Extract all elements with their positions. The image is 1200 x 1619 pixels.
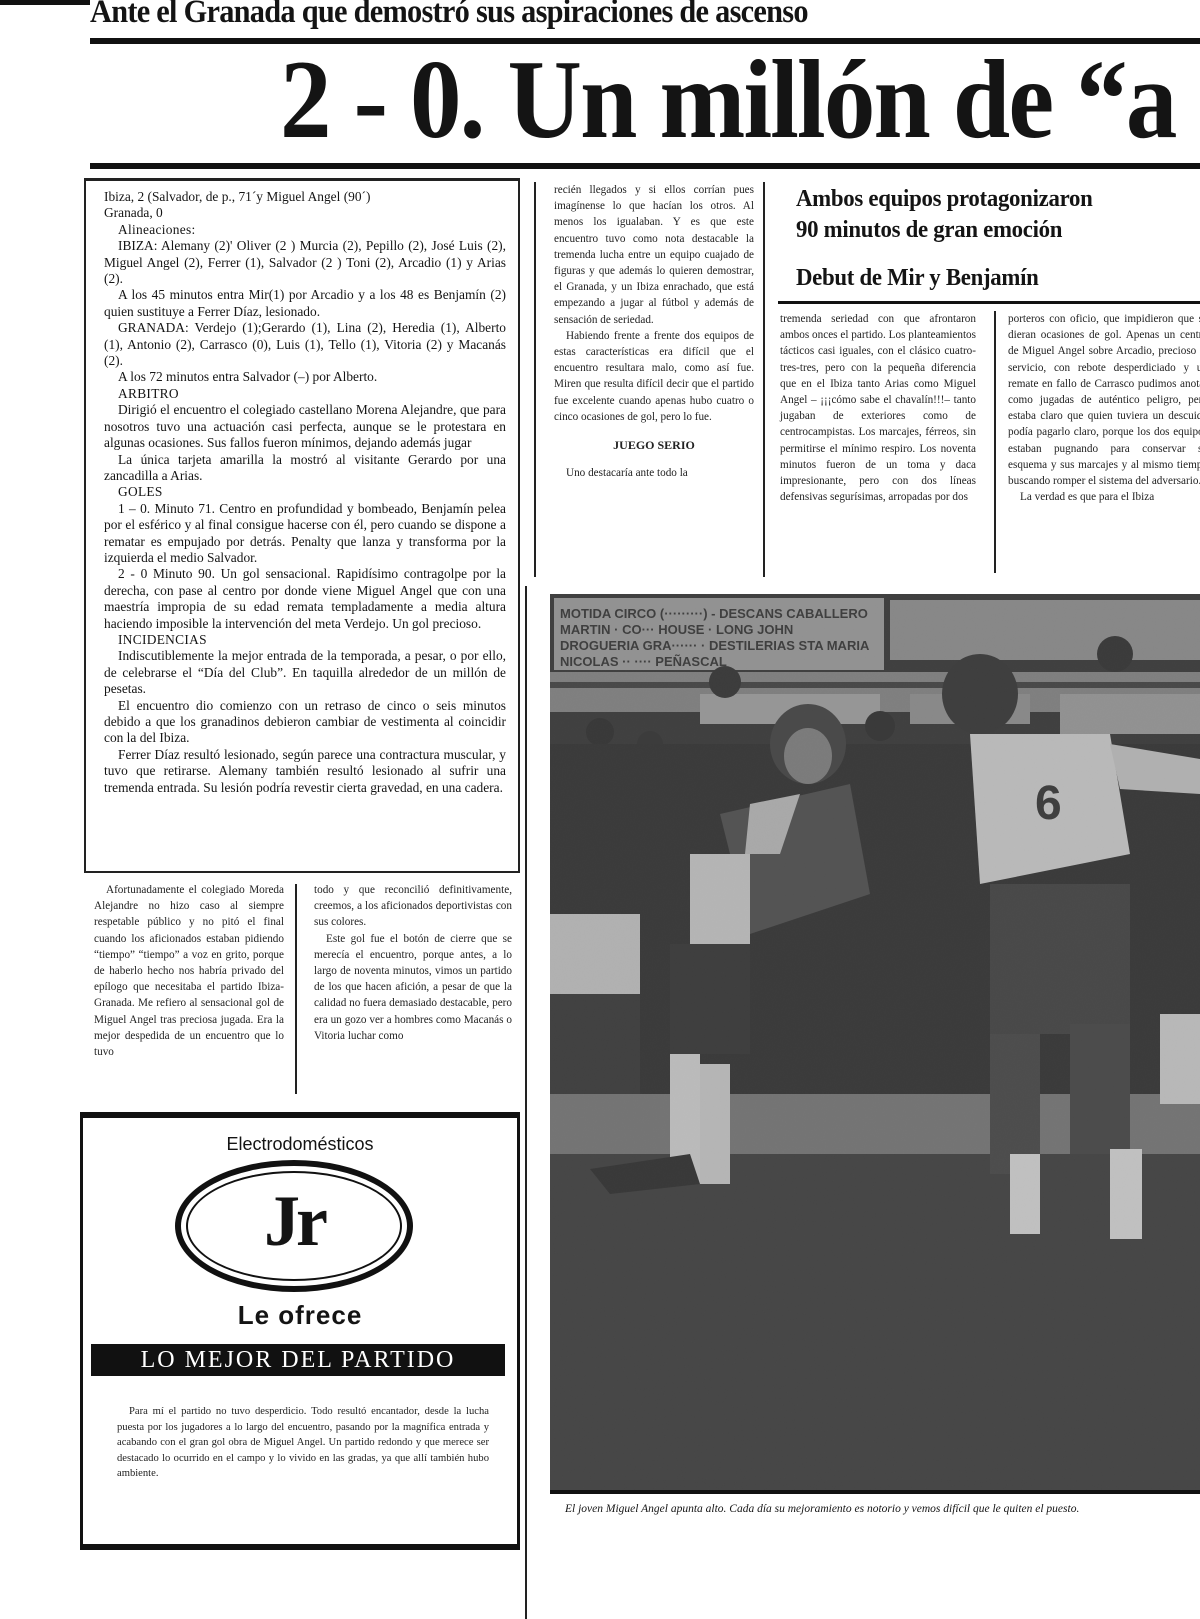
match-summary-line: Granada, 0 xyxy=(104,205,506,221)
section-label: Alineaciones: xyxy=(104,222,506,238)
ad-body-text: Para mí el partido no tuvo desperdicio. … xyxy=(117,1404,489,1482)
header-rule-bottom xyxy=(90,163,1200,169)
top-edge-rule xyxy=(0,0,90,5)
right-block-rule xyxy=(778,301,1200,304)
ad-logo-oval: Jr xyxy=(175,1160,413,1292)
lower-left-column: Afortunadamente el colegiado Moreda Alej… xyxy=(94,882,284,1060)
match-summary-text: Ibiza, 2 (Salvador, de p., 71´y Miguel A… xyxy=(86,181,518,796)
section-label: ARBITRO xyxy=(104,386,506,402)
match-summary-line: La única tarjeta amarilla la mostró al v… xyxy=(104,452,506,485)
section-label: GOLES xyxy=(104,484,506,500)
main-headline: 2 - 0. Un millón de “a xyxy=(280,44,1176,156)
right-column-2: porteros con oficio, que impidieron que … xyxy=(1008,311,1200,505)
ad-logo-jr: Jr xyxy=(181,1180,407,1263)
middle-paragraph-2: Habiendo frente a frente dos equipos de … xyxy=(554,328,754,425)
match-summary-line: A los 72 minutos entra Salvador (–) por … xyxy=(104,369,506,385)
lower-right-column: todo y que reconcilió definitivamente, c… xyxy=(314,882,512,1044)
match-summary-line: Indiscutiblemente la mejor entrada de la… xyxy=(104,648,506,697)
advertisement: Electrodomésticos Jr Le ofrece LO MEJOR … xyxy=(80,1112,520,1550)
right-column-1: tremenda seriedad con que afrontaron amb… xyxy=(780,311,976,505)
right-col1-paragraph: tremenda seriedad con que afrontaron amb… xyxy=(780,311,976,505)
middle-column: recién llegados y si ellos corrían pues … xyxy=(554,182,754,481)
ad-banner: LO MEJOR DEL PARTIDO xyxy=(91,1344,505,1376)
ad-body: Para mí el partido no tuvo desperdicio. … xyxy=(117,1404,489,1482)
lower-right-paragraph-1: todo y que reconcilió definitivamente, c… xyxy=(314,882,512,931)
column-divider xyxy=(534,182,536,577)
column-divider xyxy=(763,182,765,577)
middle-subheading: JUEGO SERIO xyxy=(554,437,754,453)
match-summary-line: A los 45 minutos entra Mir(1) por Arcadi… xyxy=(104,287,506,320)
ad-offer-text: Le ofrece xyxy=(83,1300,517,1331)
lower-right-paragraph-2: Este gol fue el botón de cierre que se m… xyxy=(314,931,512,1044)
match-summary-line: Dirigió el encuentro el colegiado castel… xyxy=(104,402,506,451)
photo-bottom-rule xyxy=(550,1490,1200,1494)
match-summary-box: Ibiza, 2 (Salvador, de p., 71´y Miguel A… xyxy=(84,178,520,873)
match-summary-line: GRANADA: Verdejo (1);Gerardo (1), Lina (… xyxy=(104,320,506,369)
column-divider xyxy=(525,586,527,1619)
match-summary-line: 2 - 0 Minuto 90. Un gol sensacional. Rap… xyxy=(104,566,506,632)
right-col2-paragraph-1: porteros con oficio, que impidieron que … xyxy=(1008,311,1200,489)
football-action-photo: 6 MOTIDA CIRCO (·········) - DESCANS CAB… xyxy=(550,594,1200,1490)
match-summary-line: Ibiza, 2 (Salvador, de p., 71´y Miguel A… xyxy=(104,189,506,205)
photo-caption: El joven Miguel Angel apunta alto. Cada … xyxy=(565,1500,1190,1518)
lower-left-paragraph: Afortunadamente el colegiado Moreda Alej… xyxy=(94,882,284,1060)
column-divider xyxy=(295,884,297,1094)
match-summary-line: Ferrer Díaz resultó lesionado, según par… xyxy=(104,747,506,796)
kicker-headline: Ante el Granada que demostró sus aspirac… xyxy=(90,0,808,31)
secondary-subheadline: Debut de Mir y Benjamín xyxy=(796,263,1039,293)
secondary-headline-line2: 90 minutos de gran emoción xyxy=(796,215,1062,245)
ad-category-label: Electrodomésticos xyxy=(83,1134,517,1155)
match-summary-line: 1 – 0. Minuto 71. Centro en profundidad … xyxy=(104,501,506,567)
middle-paragraph-tail: Uno destacaría ante todo la xyxy=(554,465,754,481)
right-col2-paragraph-2: La verdad es que para el Ibiza xyxy=(1008,489,1200,505)
match-summary-line: El encuentro dio comienzo con un retraso… xyxy=(104,698,506,747)
secondary-headline-line1: Ambos equipos protagonizaron xyxy=(796,184,1093,214)
column-divider xyxy=(994,311,996,573)
section-label: INCIDENCIAS xyxy=(104,632,506,648)
match-summary-line: IBIZA: Alemany (2)' Oliver (2 ) Murcia (… xyxy=(104,238,506,287)
match-photo: 6 MOTIDA CIRCO (·········) - DESCANS CAB… xyxy=(550,594,1200,1490)
middle-paragraph-1: recién llegados y si ellos corrían pues … xyxy=(554,182,754,328)
